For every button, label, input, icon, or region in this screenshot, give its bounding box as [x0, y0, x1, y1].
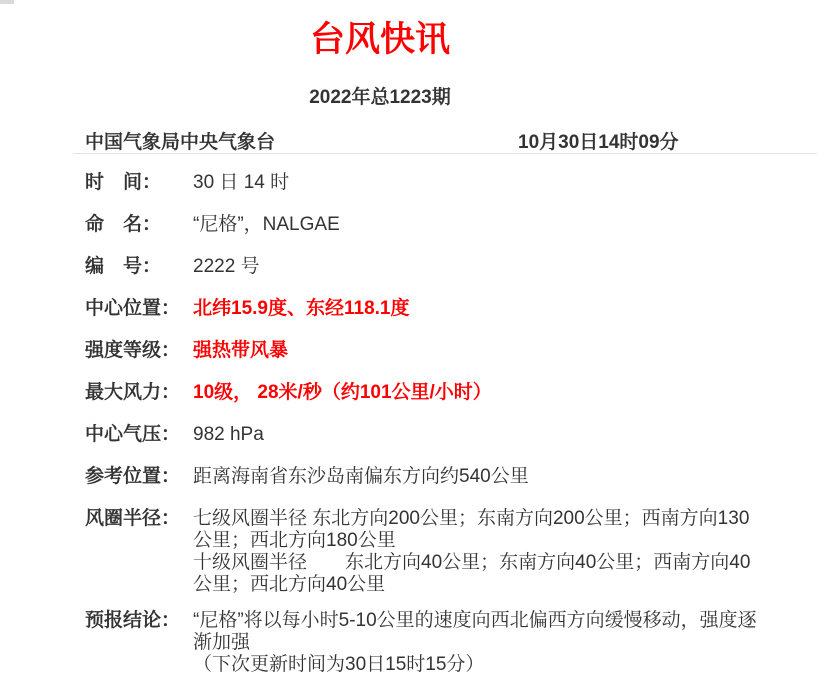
row-intensity-label: 强度等级：	[85, 340, 193, 362]
wind-circle-grade7: 七级风圈半径 东北方向200公里；东南方向200公里；西南方向130公里；西北方…	[193, 508, 758, 552]
row-name-value: “尼格”，NALGAE	[193, 214, 758, 236]
row-number-label: 编 号：	[85, 256, 193, 278]
row-number-value: 2222 号	[193, 256, 758, 278]
row-pressure: 中心气压： 982 hPa	[85, 424, 765, 446]
row-wind-circle: 风圈半径： 七级风圈半径 东北方向200公里；东南方向200公里；西南方向130…	[85, 508, 765, 596]
row-center-position: 中心位置： 北纬15.9度、东经118.1度	[85, 298, 765, 320]
row-time: 时 间： 30 日 14 时	[85, 172, 765, 194]
bulletin-body: 时 间： 30 日 14 时 命 名： “尼格”，NALGAE 编 号： 222…	[85, 172, 765, 676]
row-reference-position: 参考位置： 距离海南省东沙岛南偏东方向约540公里	[85, 466, 765, 488]
page-title: 台风快讯	[0, 12, 760, 62]
typhoon-bulletin-page: 台风快讯 2022年总1223期 中国气象局中央气象台 10月30日14时09分…	[0, 0, 835, 681]
forecast-text: “尼格”将以每小时5-10公里的速度向西北偏西方向缓慢移动，强度逐渐加强	[193, 610, 758, 654]
row-max-wind-value: 10级， 28米/秒（约101公里/小时）	[193, 382, 758, 404]
row-center-position-label: 中心位置：	[85, 298, 193, 320]
row-wind-circle-value: 七级风圈半径 东北方向200公里；东南方向200公里；西南方向130公里；西北方…	[193, 508, 758, 596]
issue-number: 2022年总1223期	[0, 82, 760, 109]
row-max-wind: 最大风力： 10级， 28米/秒（约101公里/小时）	[85, 382, 765, 404]
row-number: 编 号： 2222 号	[85, 256, 765, 278]
row-intensity: 强度等级： 强热带风暴	[85, 340, 765, 362]
row-pressure-value: 982 hPa	[193, 424, 758, 446]
row-intensity-value: 强热带风暴	[193, 340, 758, 362]
header-divider	[73, 153, 817, 154]
row-name-label: 命 名：	[85, 214, 193, 236]
row-wind-circle-label: 风圈半径：	[85, 508, 193, 596]
forecast-update-note: （下次更新时间为30日15时15分）	[193, 654, 758, 676]
row-time-label: 时 间：	[85, 172, 193, 194]
row-time-value: 30 日 14 时	[193, 172, 758, 194]
row-forecast: 预报结论： “尼格”将以每小时5-10公里的速度向西北偏西方向缓慢移动，强度逐渐…	[85, 610, 765, 676]
row-forecast-value: “尼格”将以每小时5-10公里的速度向西北偏西方向缓慢移动，强度逐渐加强 （下次…	[193, 610, 758, 676]
row-center-position-value: 北纬15.9度、东经118.1度	[193, 298, 758, 320]
row-pressure-label: 中心气压：	[85, 424, 193, 446]
wind-circle-grade10: 十级风圈半径 东北方向40公里；东南方向40公里；西南方向40公里；西北方向40…	[193, 552, 758, 596]
agency-name: 中国气象局中央气象台	[85, 127, 275, 154]
row-max-wind-label: 最大风力：	[85, 382, 193, 404]
row-forecast-label: 预报结论：	[85, 610, 193, 676]
row-reference-position-value: 距离海南省东沙岛南偏东方向约540公里	[193, 466, 758, 488]
issue-datetime: 10月30日14时09分	[518, 127, 679, 154]
scrollbar-fragment	[0, 0, 14, 4]
row-reference-position-label: 参考位置：	[85, 466, 193, 488]
row-name: 命 名： “尼格”，NALGAE	[85, 214, 765, 236]
